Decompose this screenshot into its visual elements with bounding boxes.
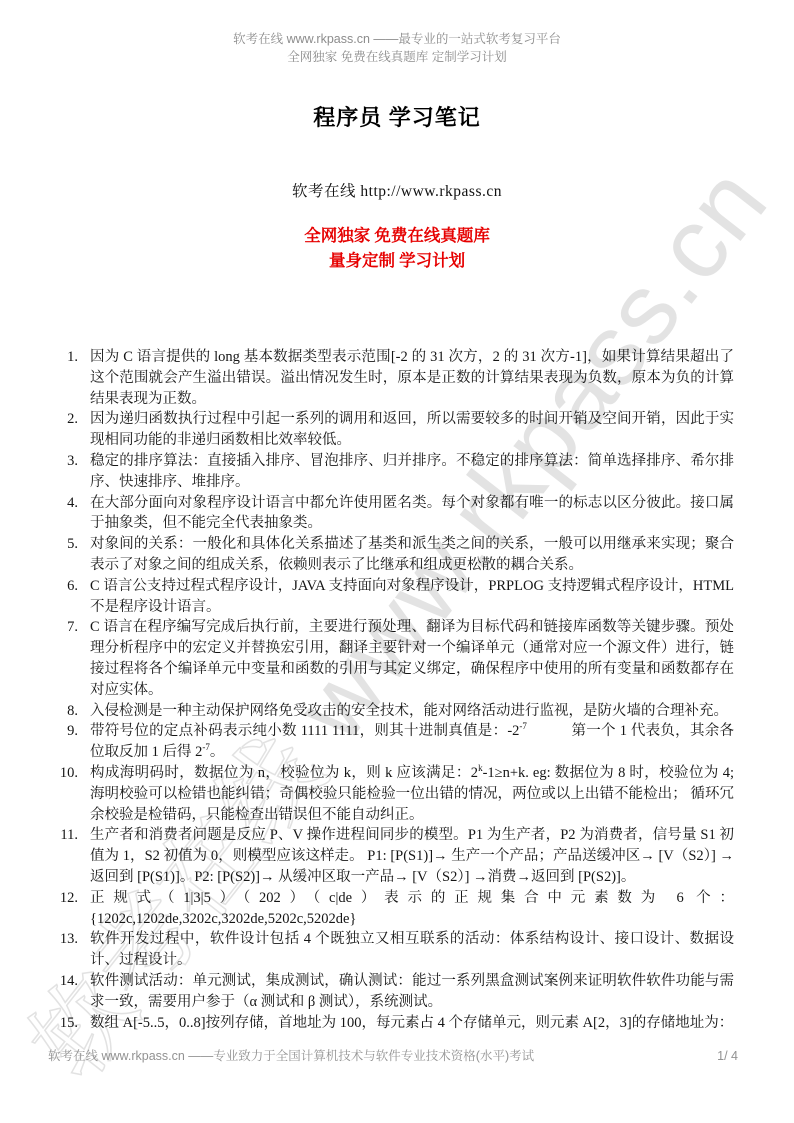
list-item-text: 软件开发过程中，软件设计包括 4 个既独立又相互联系的活动：体系结构设计、接口设…	[90, 929, 734, 971]
list-item: 3.稳定的排序算法：直接插入排序、冒泡排序、归并排序。不稳定的排序算法：简单选择…	[46, 451, 734, 493]
page-title: 程序员 学习笔记	[0, 101, 794, 132]
list-item-text: 在大部分面向对象程序设计语言中都允许使用匿名类。每个对象都有唯一的标志以区分彼此…	[90, 493, 734, 535]
list-item-text: 因为 C 语言提供的 long 基本数据类型表示范围[-2 的 31 次方，2 …	[90, 347, 734, 409]
header-line-1: 软考在线 www.rkpass.cn ——最专业的一站式软考复习平台	[0, 31, 794, 49]
promo-line-2: 量身定制 学习计划	[0, 249, 794, 274]
list-item-text: 构成海明码时，数据位为 n，校验位为 k，则 k 应该满足：2k-1≥n+k. …	[90, 763, 734, 825]
list-item-number: 4.	[46, 493, 78, 535]
promo-line-1: 全网独家 免费在线真题库	[0, 224, 794, 249]
notes-list: 1.因为 C 语言提供的 long 基本数据类型表示范围[-2 的 31 次方，…	[46, 347, 734, 1033]
list-item: 14.软件测试活动：单元测试，集成测试，确认测试：能过一系列黑盒测试案例来证明软…	[46, 971, 734, 1013]
list-item-text: 带符号位的定点补码表示纯小数 1111 1111，则其十进制真值是：-2-7 第…	[90, 721, 734, 763]
list-item-text: 入侵检测是一种主动保护网络免受攻击的安全技术，能对网络活动进行监视，是防火墙的合…	[90, 701, 734, 722]
list-item-text: 稳定的排序算法：直接插入排序、冒泡排序、归并排序。不稳定的排序算法：简单选择排序…	[90, 451, 734, 493]
list-item-number: 2.	[46, 409, 78, 451]
page-header: 软考在线 www.rkpass.cn ——最专业的一站式软考复习平台 全网独家 …	[0, 31, 794, 66]
list-item-text: 生产者和消费者问题是反应 P、V 操作进程间同步的模型。P1 为生产者，P2 为…	[90, 825, 734, 887]
list-item: 4.在大部分面向对象程序设计语言中都允许使用匿名类。每个对象都有唯一的标志以区分…	[46, 493, 734, 535]
list-item-number: 6.	[46, 576, 78, 618]
list-item-text: 对象间的关系：一般化和具体化关系描述了基类和派生类之间的关系，一般可以用继承来实…	[90, 534, 734, 576]
list-item: 6.C 语言公支持过程式程序设计，JAVA 支持面向对象程序设计，PRPLOG …	[46, 576, 734, 618]
list-item-number: 9.	[46, 721, 78, 763]
list-item-number: 8.	[46, 701, 78, 722]
list-item-number: 14.	[46, 971, 78, 1013]
header-line-2: 全网独家 免费在线真题库 定制学习计划	[0, 49, 794, 67]
list-item-number: 10.	[46, 763, 78, 825]
list-item-text: 软件测试活动：单元测试，集成测试，确认测试：能过一系列黑盒测试案例来证明软件软件…	[90, 971, 734, 1013]
list-item-text: C 语言在程序编写完成后执行前，主要进行预处理、翻译为目标代码和链接库函数等关键…	[90, 617, 734, 700]
list-item-number: 12.	[46, 888, 78, 930]
list-item-number: 13.	[46, 929, 78, 971]
list-item-text: 因为递归函数执行过程中引起一系列的调用和返回，所以需要较多的时间开销及空间开销，…	[90, 409, 734, 451]
list-item: 11.生产者和消费者问题是反应 P、V 操作进程间同步的模型。P1 为生产者，P…	[46, 825, 734, 887]
list-item-number: 7.	[46, 617, 78, 700]
list-item-number: 11.	[46, 825, 78, 887]
list-item: 13.软件开发过程中，软件设计包括 4 个既独立又相互联系的活动：体系结构设计、…	[46, 929, 734, 971]
footer-text: 软考在线 www.rkpass.cn ——专业致力于全国计算机技术与软件专业技术…	[48, 1046, 534, 1064]
list-item: 12.正规式（1|3|5）（202）（c|de）表示的正规集合中元素数为 6 个…	[46, 888, 734, 930]
page-number: 1/ 4	[717, 1049, 738, 1063]
list-item: 15.数组 A[-5..5，0..8]按列存储，首地址为 100，每元素占 4 …	[46, 1013, 734, 1034]
list-item: 1.因为 C 语言提供的 long 基本数据类型表示范围[-2 的 31 次方，…	[46, 347, 734, 409]
page-footer: 软考在线 www.rkpass.cn ——专业致力于全国计算机技术与软件专业技术…	[48, 1046, 738, 1064]
list-item-number: 1.	[46, 347, 78, 409]
list-item-text: C 语言公支持过程式程序设计，JAVA 支持面向对象程序设计，PRPLOG 支持…	[90, 576, 734, 618]
list-item: 5.对象间的关系：一般化和具体化关系描述了基类和派生类之间的关系，一般可以用继承…	[46, 534, 734, 576]
list-item: 8.入侵检测是一种主动保护网络免受攻击的安全技术，能对网络活动进行监视，是防火墙…	[46, 701, 734, 722]
list-item-text: 数组 A[-5..5，0..8]按列存储，首地址为 100，每元素占 4 个存储…	[90, 1013, 734, 1034]
document-page: 软考在线 www.rkpass.cn 软考在线 www.rkpass.cn ——…	[0, 0, 794, 1123]
list-item-number: 3.	[46, 451, 78, 493]
list-item: 9.带符号位的定点补码表示纯小数 1111 1111，则其十进制真值是：-2-7…	[46, 721, 734, 763]
list-item-number: 5.	[46, 534, 78, 576]
list-item: 10.构成海明码时，数据位为 n，校验位为 k，则 k 应该满足：2k-1≥n+…	[46, 763, 734, 825]
promo-block: 全网独家 免费在线真题库 量身定制 学习计划	[0, 224, 794, 273]
list-item-text: 正规式（1|3|5）（202）（c|de）表示的正规集合中元素数为 6 个：{1…	[90, 888, 734, 930]
list-item: 7.C 语言在程序编写完成后执行前，主要进行预处理、翻译为目标代码和链接库函数等…	[46, 617, 734, 700]
site-url-line: 软考在线 http://www.rkpass.cn	[0, 179, 794, 201]
list-item: 2.因为递归函数执行过程中引起一系列的调用和返回，所以需要较多的时间开销及空间开…	[46, 409, 734, 451]
list-item-number: 15.	[46, 1013, 78, 1034]
